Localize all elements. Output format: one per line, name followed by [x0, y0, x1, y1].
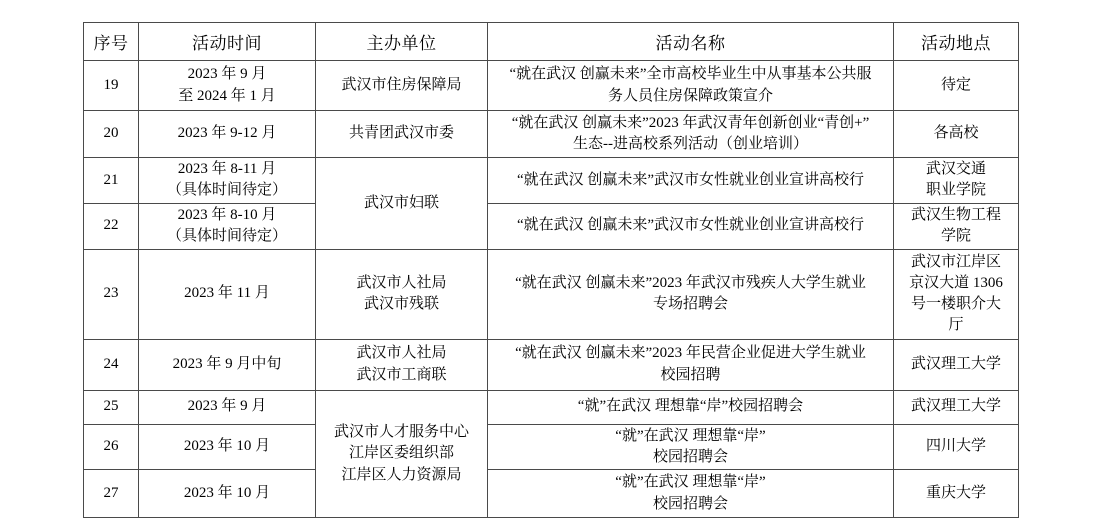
cell-no: 19: [84, 61, 139, 111]
cell-no: 26: [84, 424, 139, 470]
cell-no: 22: [84, 203, 139, 249]
table-row: 27 2023 年 10 月 “就”在武汉 理想靠“岸” 校园招聘会 重庆大学: [84, 470, 1019, 518]
cell-organizer: 武汉市人社局 武汉市工商联: [316, 339, 488, 390]
cell-time: 2023 年 10 月: [139, 470, 316, 518]
cell-name: “就在武汉 创赢未来”全市高校毕业生中从事基本公共服 务人员住房保障政策宣介: [488, 61, 894, 111]
cell-no: 21: [84, 158, 139, 204]
header-row: 序号 活动时间 主办单位 活动名称 活动地点: [84, 23, 1019, 61]
cell-location: 武汉生物工程 学院: [894, 203, 1019, 249]
column-header-time: 活动时间: [139, 23, 316, 61]
table-row: 24 2023 年 9 月中旬 武汉市人社局 武汉市工商联 “就在武汉 创赢未来…: [84, 339, 1019, 390]
cell-organizer-merged: 武汉市人才服务中心 江岸区委组织部 江岸区人力资源局: [316, 390, 488, 518]
cell-location: 武汉理工大学: [894, 390, 1019, 424]
cell-name: “就在武汉 创赢未来”2023 年武汉青年创新创业“青创+” 生态--进高校系列…: [488, 111, 894, 158]
cell-location: 武汉市江岸区 京汉大道 1306 号一楼职介大 厅: [894, 249, 1019, 339]
cell-organizer-merged: 武汉市妇联: [316, 158, 488, 250]
cell-name: “就在武汉 创赢未来”武汉市女性就业创业宣讲高校行: [488, 203, 894, 249]
cell-name: “就”在武汉 理想靠“岸” 校园招聘会: [488, 470, 894, 518]
cell-no: 27: [84, 470, 139, 518]
cell-name: “就”在武汉 理想靠“岸”校园招聘会: [488, 390, 894, 424]
cell-name: “就在武汉 创赢未来”2023 年民营企业促进大学生就业 校园招聘: [488, 339, 894, 390]
cell-time: 2023 年 8-11 月 （具体时间待定）: [139, 158, 316, 204]
cell-no: 20: [84, 111, 139, 158]
cell-organizer: 武汉市人社局 武汉市残联: [316, 249, 488, 339]
cell-location: 待定: [894, 61, 1019, 111]
cell-location: 武汉交通 职业学院: [894, 158, 1019, 204]
column-header-location: 活动地点: [894, 23, 1019, 61]
cell-time: 2023 年 9 月中旬: [139, 339, 316, 390]
cell-time: 2023 年 9 月: [139, 390, 316, 424]
column-header-no: 序号: [84, 23, 139, 61]
table-row: 22 2023 年 8-10 月 （具体时间待定） “就在武汉 创赢未来”武汉市…: [84, 203, 1019, 249]
cell-time: 2023 年 10 月: [139, 424, 316, 470]
table-row: 20 2023 年 9-12 月 共青团武汉市委 “就在武汉 创赢未来”2023…: [84, 111, 1019, 158]
activity-table: 序号 活动时间 主办单位 活动名称 活动地点 19 2023 年 9 月 至 2…: [83, 22, 1019, 518]
cell-no: 23: [84, 249, 139, 339]
table-row: 21 2023 年 8-11 月 （具体时间待定） 武汉市妇联 “就在武汉 创赢…: [84, 158, 1019, 204]
column-header-name: 活动名称: [488, 23, 894, 61]
cell-no: 25: [84, 390, 139, 424]
table-row: 23 2023 年 11 月 武汉市人社局 武汉市残联 “就在武汉 创赢未来”2…: [84, 249, 1019, 339]
column-header-organizer: 主办单位: [316, 23, 488, 61]
cell-location: 武汉理工大学: [894, 339, 1019, 390]
cell-time: 2023 年 11 月: [139, 249, 316, 339]
table-row: 26 2023 年 10 月 “就”在武汉 理想靠“岸” 校园招聘会 四川大学: [84, 424, 1019, 470]
cell-no: 24: [84, 339, 139, 390]
cell-organizer: 共青团武汉市委: [316, 111, 488, 158]
cell-location: 四川大学: [894, 424, 1019, 470]
cell-organizer: 武汉市住房保障局: [316, 61, 488, 111]
table-row: 19 2023 年 9 月 至 2024 年 1 月 武汉市住房保障局 “就在武…: [84, 61, 1019, 111]
cell-name: “就在武汉 创赢未来”武汉市女性就业创业宣讲高校行: [488, 158, 894, 204]
cell-time: 2023 年 8-10 月 （具体时间待定）: [139, 203, 316, 249]
cell-name: “就在武汉 创赢未来”2023 年武汉市残疾人大学生就业 专场招聘会: [488, 249, 894, 339]
cell-time: 2023 年 9-12 月: [139, 111, 316, 158]
cell-time: 2023 年 9 月 至 2024 年 1 月: [139, 61, 316, 111]
cell-name: “就”在武汉 理想靠“岸” 校园招聘会: [488, 424, 894, 470]
cell-location: 重庆大学: [894, 470, 1019, 518]
table-row: 25 2023 年 9 月 武汉市人才服务中心 江岸区委组织部 江岸区人力资源局…: [84, 390, 1019, 424]
document-page: 序号 活动时间 主办单位 活动名称 活动地点 19 2023 年 9 月 至 2…: [0, 0, 1100, 531]
cell-location: 各高校: [894, 111, 1019, 158]
